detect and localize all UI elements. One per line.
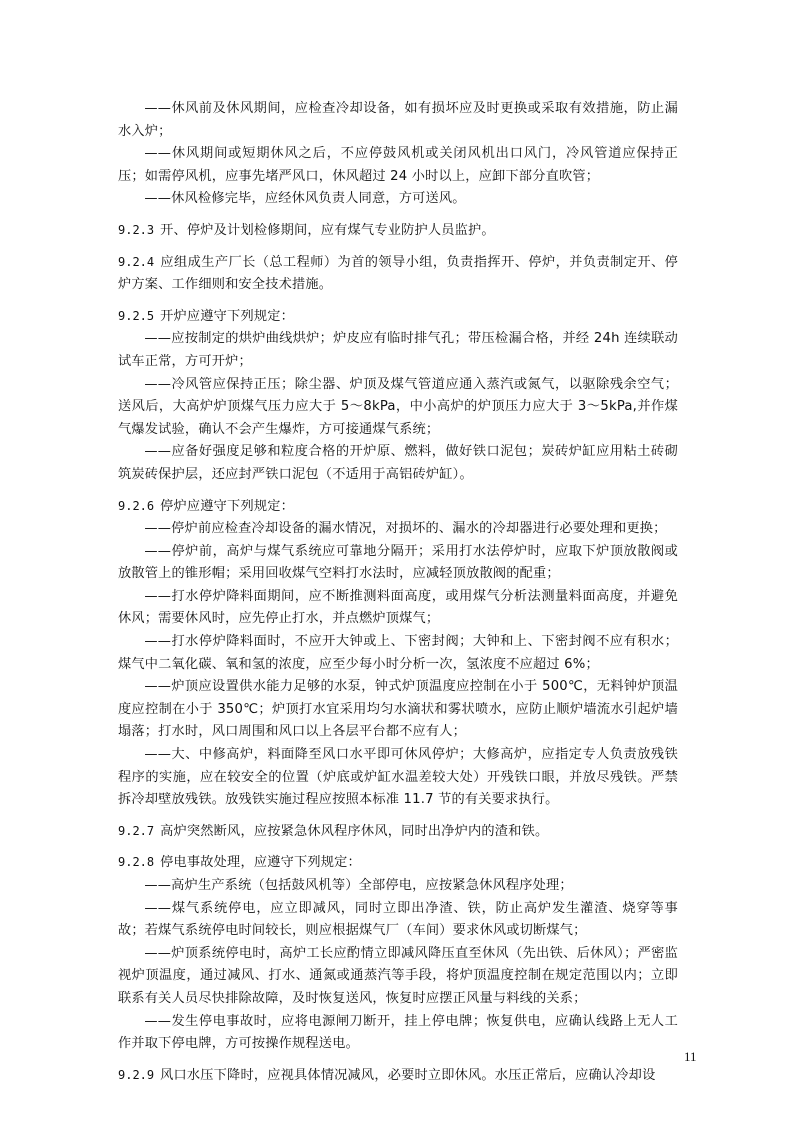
clause-text: 停电事故处理，应遵守下列规定： — [160, 855, 361, 870]
list-item: ——煤气系统停电，应立即减风，同时立即出净渣、铁，防止高炉发生灌渣、烧穿等事故；… — [118, 898, 678, 943]
clause-number: 9.2.5 — [118, 309, 154, 323]
list-item: ——应备好强度足够和粒度合格的开炉原、燃料，做好铁口泥包；炭砖炉缸应用粘土砖砌筑… — [118, 441, 678, 486]
clause-text: 停炉应遵守下列规定： — [160, 499, 294, 514]
clause-text: 开炉应遵守下列规定： — [160, 309, 294, 324]
list-item: ——大、中修高炉，料面降至风口水平即可休风停炉；大修高炉，应指定专人负责放残铁程… — [118, 744, 678, 812]
clause-9-2-9: 9.2.9风口水压下降时，应视具体情况减风，必要时立即休风。水压正常后，应确认冷… — [118, 1064, 678, 1088]
clause-9-2-7: 9.2.7高炉突然断风，应按紧急休风程序休风，同时出净炉内的渣和铁。 — [118, 820, 678, 844]
list-item: ——停炉前应检查冷却设备的漏水情况，对损坏的、漏水的冷却器进行必要处理和更换； — [118, 518, 678, 541]
clause-9-2-4: 9.2.4应组成生产厂长（总工程师）为首的领导小组，负责指挥开、停炉，并负责制定… — [118, 251, 678, 297]
list-item: ——冷风管应保持正压；除尘器、炉顶及煤气管道应通入蒸汽或氮气，以驱除残余空气；送… — [118, 374, 678, 442]
list-item: ——休风检修完毕，应经休风负责人同意，方可送风。 — [118, 188, 678, 211]
list-item: ——休风期间或短期休风之后，不应停鼓风机或关闭风机出口风门，冷风管道应保持正压；… — [118, 143, 678, 188]
clause-text: 风口水压下降时，应视具体情况减风，必要时立即休风。水压正常后，应确认冷却设 — [160, 1068, 655, 1083]
clause-text: 开、停炉及计划检修期间，应有煤气专业防护人员监护。 — [160, 223, 495, 238]
list-item: ——高炉生产系统（包括鼓风机等）全部停电，应按紧急休风程序处理； — [118, 875, 678, 898]
clause-number: 9.2.9 — [118, 1068, 154, 1082]
clause-number: 9.2.6 — [118, 499, 154, 513]
list-item: ——休风前及休风期间，应检查冷却设备，如有损坏应及时更换或采取有效措施，防止漏水… — [118, 98, 678, 143]
document-body: ——休风前及休风期间，应检查冷却设备，如有损坏应及时更换或采取有效措施，防止漏水… — [118, 98, 678, 1087]
clause-number: 9.2.8 — [118, 855, 154, 869]
list-item: ——停炉前，高炉与煤气系统应可靠地分隔开；采用打水法停炉时，应取下炉顶放散阀或放… — [118, 541, 678, 586]
page-number: 11 — [684, 1049, 697, 1065]
list-item: ——炉顶应设置供水能力足够的水泵，钟式炉顶温度应控制在小于 500℃，无料钟炉顶… — [118, 676, 678, 744]
clause-9-2-5: 9.2.5开炉应遵守下列规定： ——应按制定的烘炉曲线烘炉；炉皮应有临时排气孔；… — [118, 305, 678, 487]
clause-9-2-3: 9.2.3开、停炉及计划检修期间，应有煤气专业防护人员监护。 — [118, 219, 678, 243]
clause-number: 9.2.3 — [118, 223, 154, 237]
list-item: ——炉顶系统停电时，高炉工长应酌情立即减风降压直至休风（先出铁、后休风）；严密监… — [118, 943, 678, 1011]
clause-number: 9.2.4 — [118, 255, 154, 269]
list-item: ——应按制定的烘炉曲线烘炉；炉皮应有临时排气孔；带压检漏合格，并经 24h 连续… — [118, 328, 678, 373]
list-item: ——打水停炉降料面时，不应开大钟或上、下密封阀；大钟和上、下密封阀不应有积水；煤… — [118, 631, 678, 676]
clause-9-2-6: 9.2.6停炉应遵守下列规定： ——停炉前应检查冷却设备的漏水情况，对损坏的、漏… — [118, 495, 678, 812]
clause-9-2-8: 9.2.8停电事故处理，应遵守下列规定： ——高炉生产系统（包括鼓风机等）全部停… — [118, 851, 678, 1055]
clause-text: 高炉突然断风，应按紧急休风程序休风，同时出净炉内的渣和铁。 — [160, 824, 548, 839]
list-item: ——打水停炉降料面期间，应不断推测料面高度，或用煤气分析法测量料面高度，并避免休… — [118, 586, 678, 631]
clause-number: 9.2.7 — [118, 824, 154, 838]
list-item: ——发生停电事故时，应将电源闸刀断开，挂上停电牌；恢复供电，应确认线路上无人工作… — [118, 1011, 678, 1056]
clause-text: 应组成生产厂长（总工程师）为首的领导小组，负责指挥开、停炉，并负责制定开、停炉方… — [118, 255, 678, 293]
